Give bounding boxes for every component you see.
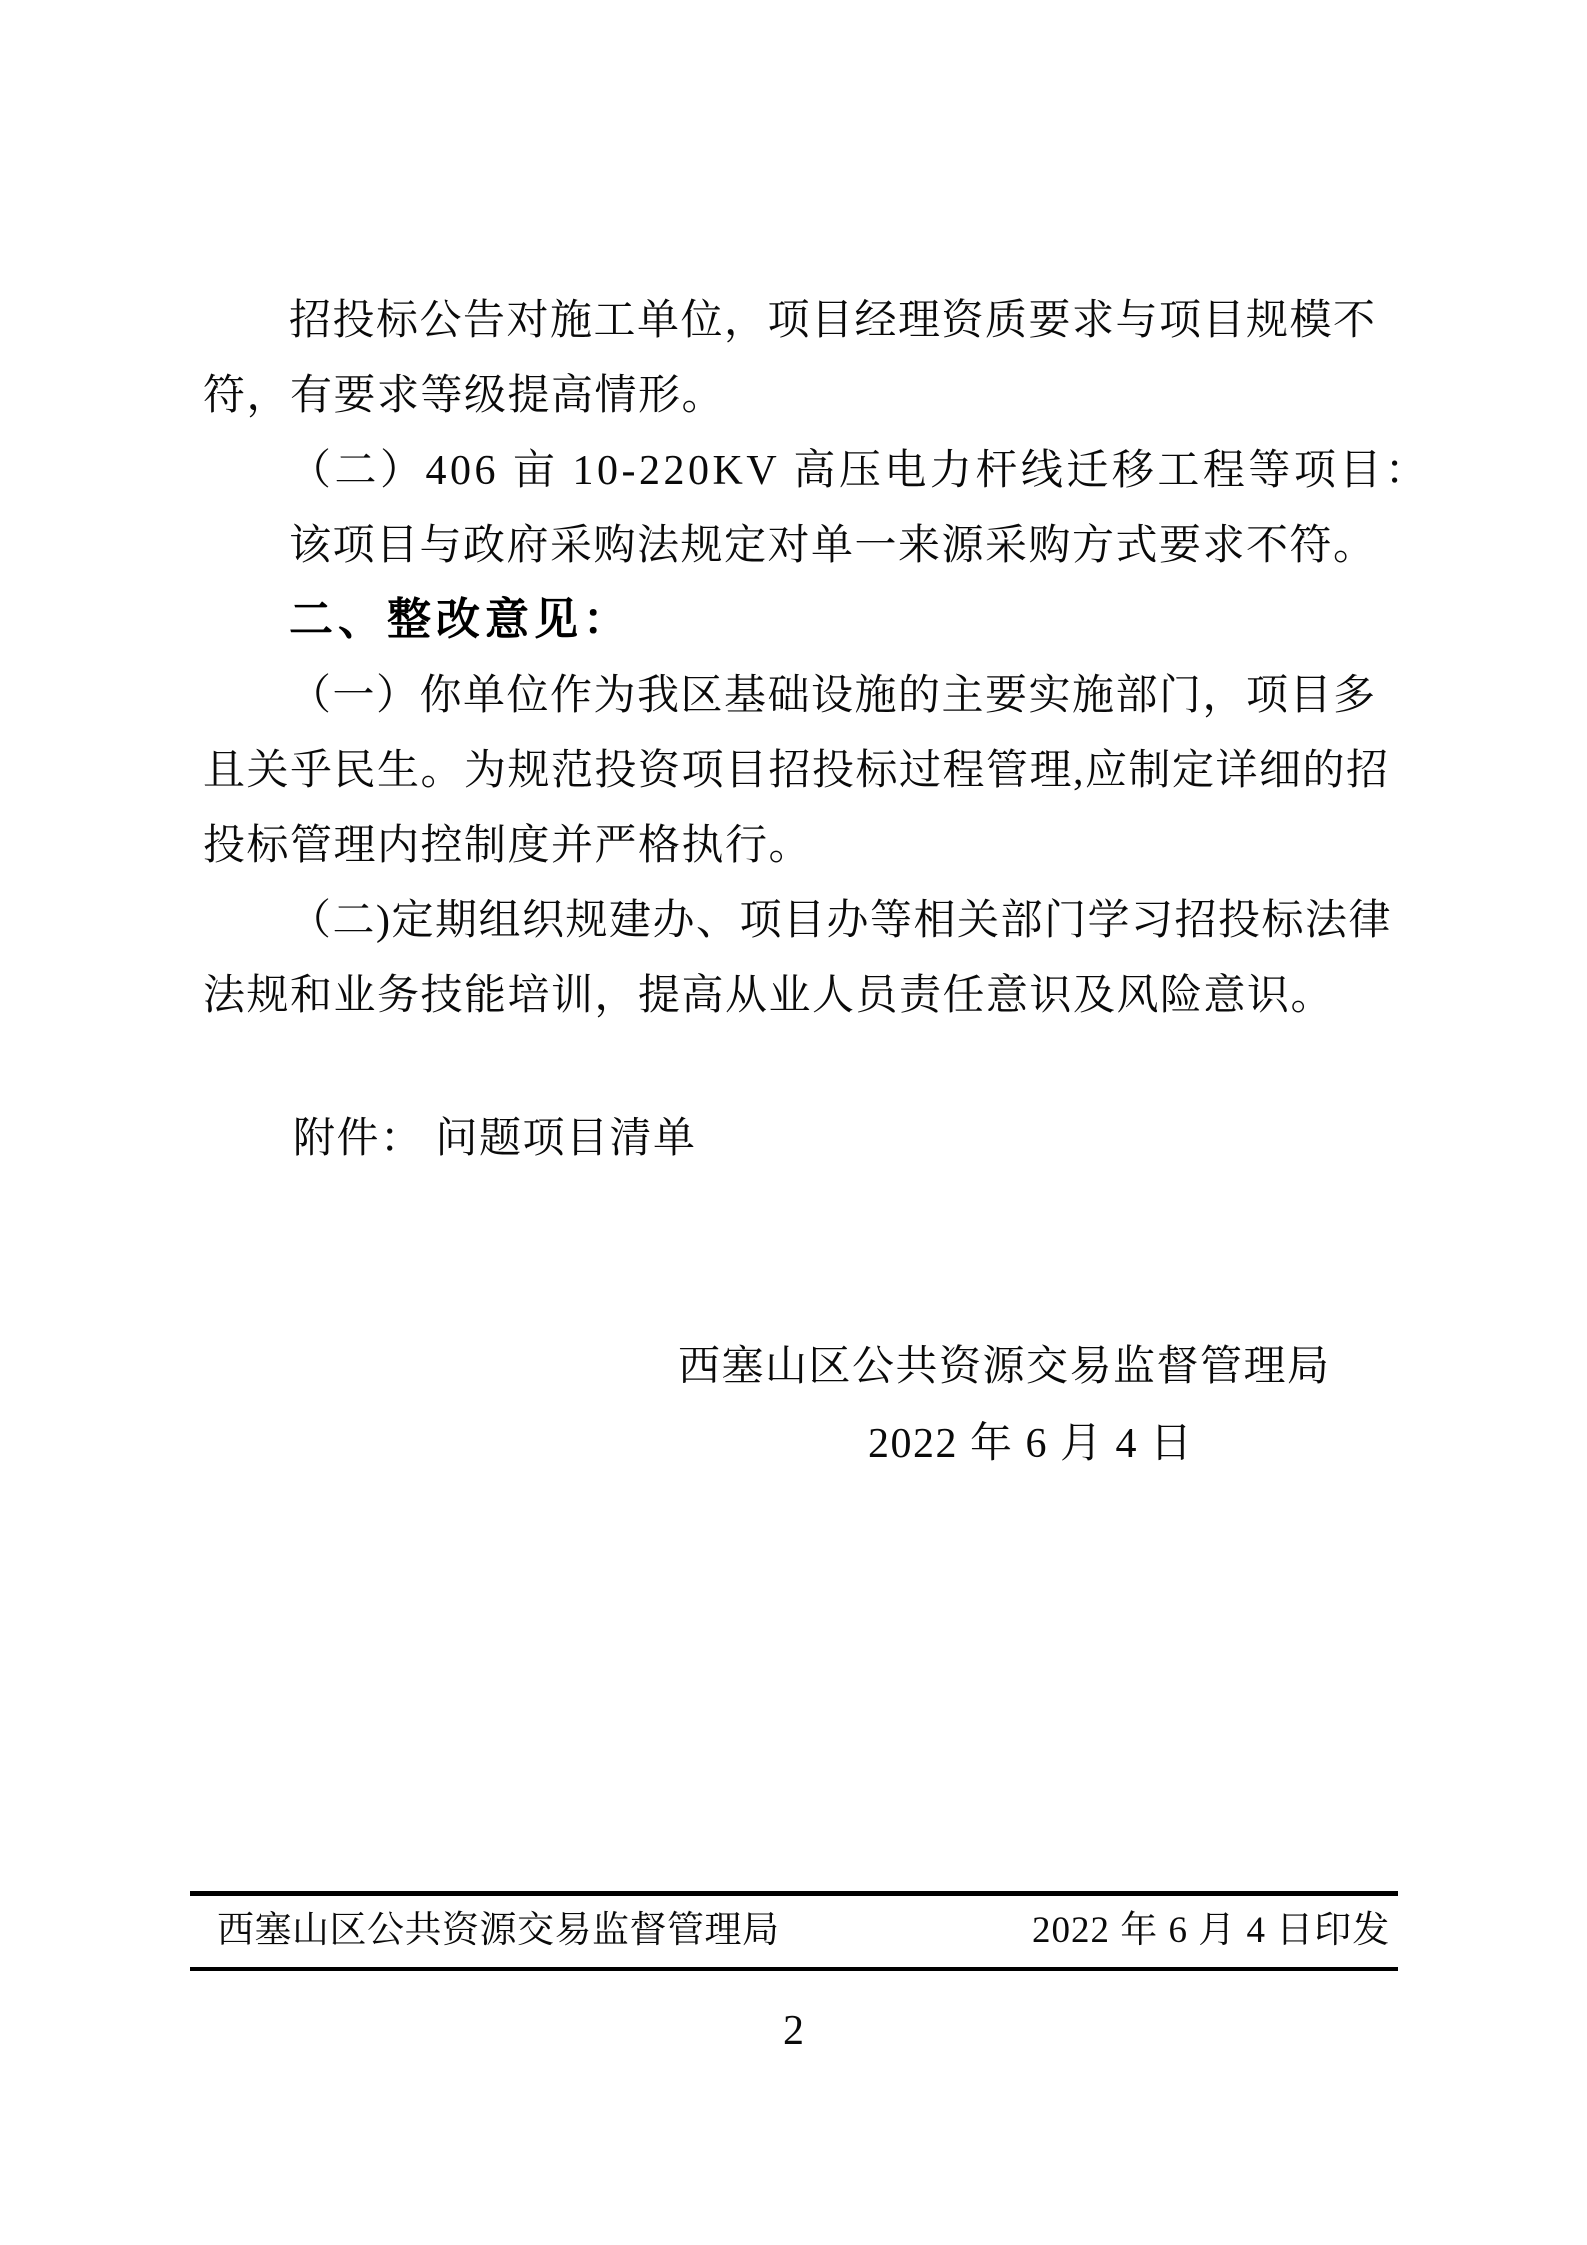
footer-rule-bottom: [190, 1967, 1398, 1971]
body-line: 投标管理内控制度并严格执行。: [203, 825, 812, 867]
body-line: 符，有要求等级提高情形。: [203, 375, 725, 417]
signature-org: 西塞山区公共资源交易监督管理局: [678, 1346, 1331, 1388]
attachment-line: 附件： 问题项目清单: [293, 1118, 697, 1160]
document-page: 招投标公告对施工单位，项目经理资质要求与项目规模不 符，有要求等级提高情形。 （…: [0, 0, 1587, 2245]
body-line: 该项目与政府采购法规定对单一来源采购方式要求不符。: [289, 525, 1377, 567]
footer-rule-top: [190, 1891, 1398, 1896]
footer-issuer: 西塞山区公共资源交易监督管理局: [217, 1912, 780, 1949]
body-line: （二)定期组织规建办、项目办等相关部门学习招投标法律: [289, 900, 1392, 942]
body-line: 招投标公告对施工单位，项目经理资质要求与项目规模不: [289, 300, 1377, 342]
body-line: 法规和业务技能培训，提高从业人员责任意识及风险意识。: [203, 975, 1334, 1017]
page-number: 2: [0, 2010, 1587, 2052]
body-line: （一）你单位作为我区基础设施的主要实施部门，项目多: [289, 675, 1377, 717]
signature-date: 2022 年 6 月 4 日: [868, 1423, 1194, 1465]
body-line: 且关乎民生。为规范投资项目招投标过程管理,应制定详细的招: [203, 750, 1390, 792]
section-heading: 二、整改意见：: [289, 598, 632, 642]
body-line: （二）406 亩 10-220KV 高压电力杆线迁移工程等项目：: [289, 450, 1430, 492]
footer-issue-date: 2022 年 6 月 4 日印发: [1032, 1912, 1390, 1949]
